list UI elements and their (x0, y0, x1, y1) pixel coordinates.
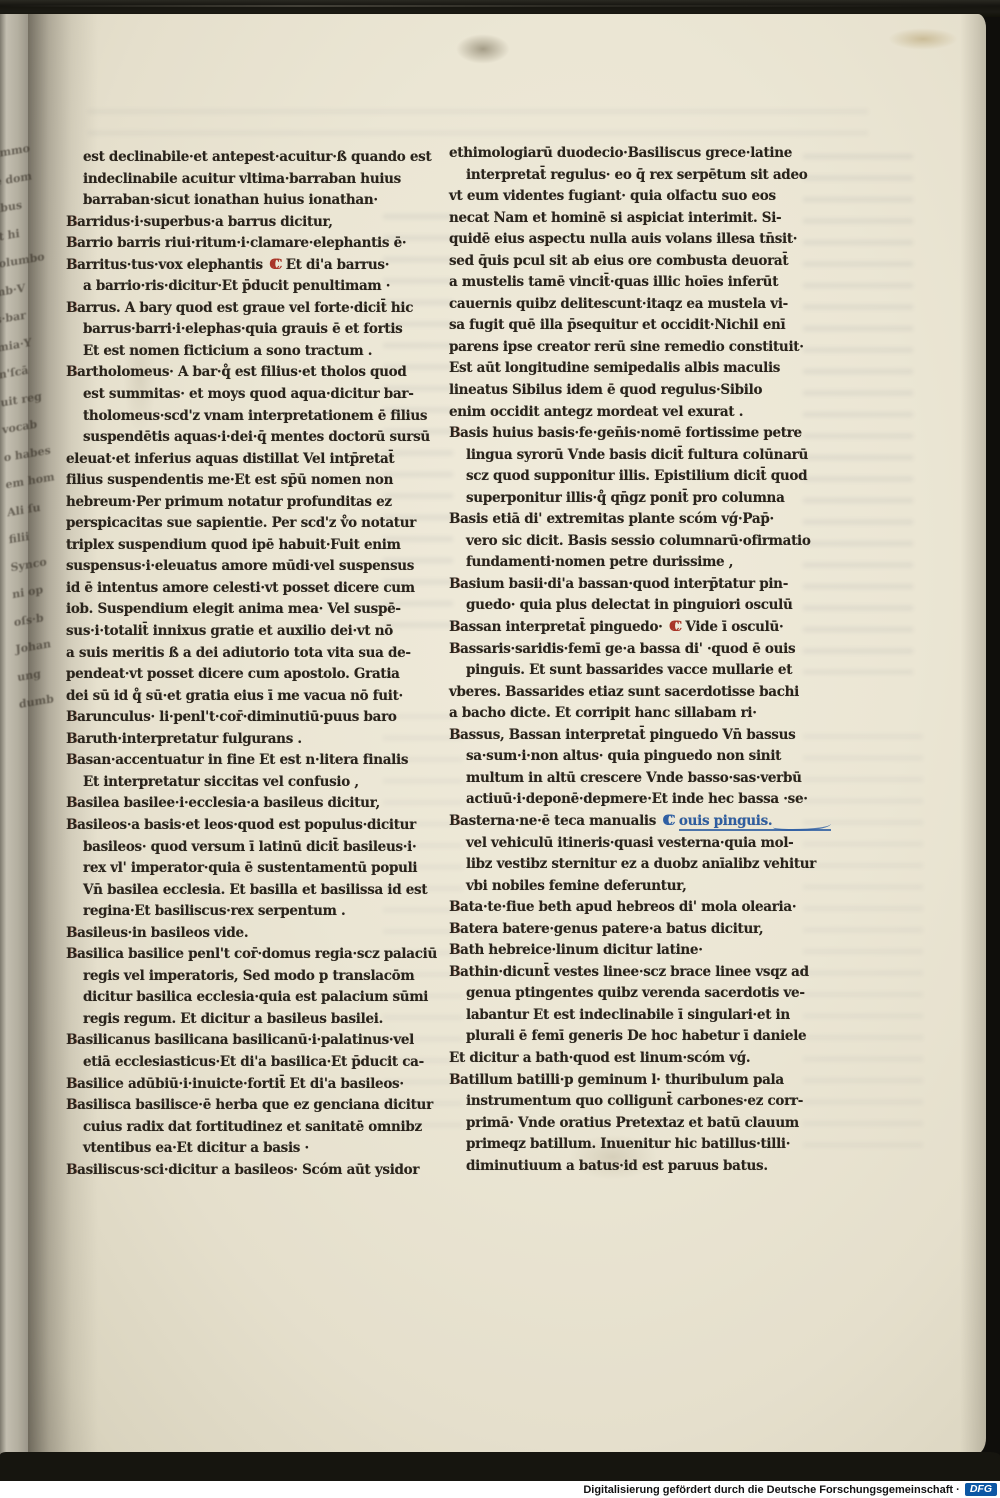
text-line: barrus·barri·i·elephas·quia grauis ē et … (66, 319, 438, 341)
lemma-entry-line: Bassaris·saridis·femī ge·a bassa di' ·qu… (449, 639, 821, 661)
text-line: basileos· quod versum ī latinū dicit̄ ba… (66, 837, 438, 859)
text-line: regis vel imperatoris, Sed modo p transl… (66, 966, 438, 988)
text-line: est declinabile·et antepest·acuitur·ß qu… (66, 147, 438, 169)
lemma-entry-line: Basilice adūbiū·i·inuicte·fortit̄ Et di'… (66, 1074, 438, 1096)
blue-underlined-gloss: ouis pinguis. (679, 813, 831, 831)
text-line: actiuū·i·deponē·depmere·Et inde hec bass… (449, 789, 821, 811)
text-line: multum in altū crescere Vnde basso·sas·v… (449, 768, 821, 790)
lemma-entry-line: Batera batere·genus patere·a batus dicit… (449, 919, 821, 941)
text-line: suspendētis aquas·i·dei·q̄ mentes doctor… (66, 427, 438, 449)
lemma-entry-line: Bath hebreice·linum dicitur latine· (449, 940, 821, 962)
text-line: pinguis. Et sunt bassarides vacce mullar… (449, 660, 821, 682)
text-line: dei sū id q̊ sū·et gratia eius ī me vacu… (66, 686, 438, 708)
ink-stain (456, 34, 510, 64)
lemma-entry-line: Basiliscus·sci·dicitur a basileos· Scóm … (66, 1160, 438, 1182)
text-segment: Vide ī osculū· (685, 619, 783, 635)
lemma-entry-line: Bassan interpretat̄ pinguedo· CVide ī os… (449, 617, 821, 639)
text-line: diminutiuum a batus·id est paruus batus. (449, 1156, 821, 1178)
text-line: etiā ecclesiasticus·Et di'a basilica·Et … (66, 1052, 438, 1074)
text-line: hebreum·Per primum notatur profunditas e… (66, 492, 438, 514)
text-line: quidē eius aspectu nulla auis volans ill… (449, 229, 821, 251)
text-line: Vn̄ basilea ecclesia. Et basilla et basi… (66, 880, 438, 902)
text-line: sed q̄uis pcul sit ab eius ore combusta … (449, 251, 821, 273)
text-line: genua ptingentes quibz verenda sacerdoti… (449, 983, 821, 1005)
text-line: a suis meritis ß a dei adiutorio tota vi… (66, 643, 438, 665)
text-line: filius suspendentis me·Et est sp̄ū nomen… (66, 470, 438, 492)
text-line: necat Nam et hominē si aspiciat interimi… (449, 208, 821, 230)
text-segment: Barritus·tus·vox elephantis (66, 257, 263, 273)
text-line: cauernis quibz delitescunt·itaqz ea must… (449, 294, 821, 316)
lemma-entry-line: Basileus·in basileos vide. (66, 923, 438, 945)
text-line: vero sic dicit. Basis sessio columnarū·o… (449, 531, 821, 553)
text-line: vel vehiculū itineris·quasi vesterna·qui… (449, 833, 821, 855)
text-line: enim occidit antegz mordeat vel exurat . (449, 402, 821, 424)
lemma-entry-line: Barritus·tus·vox elephantis CEt di'a bar… (66, 255, 438, 277)
text-line: primā· Vnde oratius Pretextaz et batū cl… (449, 1113, 821, 1135)
text-line: a bacho dicte. Et corripit hanc sillabam… (449, 703, 821, 725)
text-segment: Basterna·ne·ē teca manualis (449, 813, 656, 829)
text-line: pendeat·vt posset dicere cum apostolo. G… (66, 664, 438, 686)
text-line: a barrio·ris·dicitur·Et p̄ducit penultim… (66, 276, 438, 298)
text-line: Et interpretatur siccitas vel confusio , (66, 772, 438, 794)
lemma-entry-line: Bathin·dicunt̄ vestes linee·scz brace li… (449, 962, 821, 984)
lemma-entry-line: Bata·te·fiue beth apud hebreos di' mola … (449, 897, 821, 919)
text-line: regis regum. Et dicitur a basileus basil… (66, 1009, 438, 1031)
text-line: instrumentum quo colligunt̄ carbones·ez … (449, 1091, 821, 1113)
scan-bottom-edge (0, 1452, 1000, 1481)
blue-paraph-mark: C (660, 813, 678, 829)
text-line: sus·i·totalit̄ innixus gratie et auxilio… (66, 621, 438, 643)
text-line: Et est nomen ficticium a sono tractum . (66, 341, 438, 363)
ink-stain (888, 28, 958, 50)
text-line: plurali ē femī generis De hoc habetur ī … (449, 1026, 821, 1048)
text-line: barraban·sicut ionathan huius ionathan· (66, 190, 438, 212)
text-line: vberes. Bassarides etiaz sunt sacerdotis… (449, 682, 821, 704)
text-line: tholomeus·scd'z vnam interpretationem ē … (66, 406, 438, 428)
lemma-entry-line: Basileos·a basis·et leos·quod est populu… (66, 815, 438, 837)
text-line: sa·sum·i·non altus· quia pinguedo non si… (449, 746, 821, 768)
text-line: labantur Et est indeclinabile ī singular… (449, 1005, 821, 1027)
text-segment: Et di'a barrus· (286, 257, 389, 273)
digitization-credit-bar: Digitalisierung gefördert durch die Deut… (0, 1481, 1000, 1498)
text-line: suspensus·i·eleuatus amore mūdi·vel susp… (66, 556, 438, 578)
text-column-right: ethimologiarū duodecio·Basiliscus grece·… (449, 143, 821, 1177)
text-line: lingua syrorū Vnde basis dicit̄ fultura … (449, 445, 821, 467)
lemma-entry-line: Basterna·ne·ē teca manualis Couis pingui… (449, 811, 821, 833)
text-line: id ē intentus amore celesti·vt posset di… (66, 578, 438, 600)
bleedthrough-smudge (803, 734, 923, 1164)
lemma-entry-line: Bartholomeus· A bar·q̊ est filius·et tho… (66, 362, 438, 384)
lemma-entry-line: Baruth·interpretatur fulgurans . (66, 729, 438, 751)
lemma-entry-line: Basilica basilice penl't cor̄·domus regi… (66, 944, 438, 966)
text-line: guedo· quia plus delectat in pinguiori o… (449, 595, 821, 617)
text-line: interpretat̄ regulus· eo q̄ rex serpētum… (449, 165, 821, 187)
lemma-entry-line: Bassus, Bassan interpretat̄ pinguedo Vn̄… (449, 725, 821, 747)
lemma-entry-line: Barridus·i·superbus·a barrus dicitur, (66, 212, 438, 234)
text-line: a mustelis tamē vincit̄·quas illic hoīes… (449, 272, 821, 294)
lemma-entry-line: Barrio barris riui·ritum·i·clamare·eleph… (66, 233, 438, 255)
lemma-entry-line: Basium basii·di'a bassan·quod interp̄tat… (449, 574, 821, 596)
text-line: dicitur basilica ecclesia·quia est palac… (66, 987, 438, 1009)
text-line: triplex suspendium quod ipē habuit·Fuit … (66, 535, 438, 557)
bleedthrough-smudge (88, 109, 868, 137)
text-line: superponitur illis·q̊ qn̄gz ponit̄ pro c… (449, 488, 821, 510)
text-line: vtentibus ea·Et dicitur a basis · (66, 1138, 438, 1160)
text-line: primeqz batillum. Inuenitur hic batillus… (449, 1134, 821, 1156)
text-line: perspicacitas sue sapientie. Per scd'z v… (66, 513, 438, 535)
text-line: regina·Et basiliscus·rex serpentum . (66, 901, 438, 923)
lemma-entry-line: Basilisca basilisce·ē herba que ez genci… (66, 1095, 438, 1117)
red-paraph-mark: C (667, 619, 685, 635)
lemma-entry-line: Barunculus· li·penl't·cor̄·diminutiū·puu… (66, 707, 438, 729)
text-line: Et dicitur a bath·quod est linum·scóm vǵ… (449, 1048, 821, 1070)
text-line: lineatus Sibilus idem ē quod regulus·Sib… (449, 380, 821, 402)
credit-text: Digitalisierung gefördert durch die Deut… (583, 1484, 960, 1496)
text-line: vbi nobiles femine deferuntur, (449, 876, 821, 898)
lemma-entry-line: Basilicanus basilicana basilicanū·i·pala… (66, 1030, 438, 1052)
text-segment: Bassan interpretat̄ pinguedo· (449, 619, 663, 635)
lemma-entry-line: Basis huius basis·fe·gen̄is·nomē fortiss… (449, 423, 821, 445)
text-column-left: est declinabile·et antepest·acuitur·ß qu… (66, 147, 438, 1181)
text-line: iob. Suspendium elegit anima mea· Vel su… (66, 599, 438, 621)
text-line: Basis etiā di' extremitas plante scóm vǵ… (449, 509, 821, 531)
dfg-logo: DFG (965, 1483, 997, 1496)
text-line: sa fugit quē illa p̄sequitur et occidit·… (449, 315, 821, 337)
text-line: libz vestibz sternitur ez a duobz anīali… (449, 854, 821, 876)
spine-text-fragment: dumb (18, 684, 61, 718)
text-line: cuius radix dat fortitudinez et sanitatē… (66, 1117, 438, 1139)
text-line: eleuat·et inferius aquas distillat Vel i… (66, 449, 438, 471)
red-paraph-mark: C (267, 257, 285, 273)
text-line: ethimologiarū duodecio·Basiliscus grece·… (449, 143, 821, 165)
text-line: indeclinabile acuitur vltima·barraban hu… (66, 169, 438, 191)
text-line: rex vl' imperator·quia ē sustentamentū p… (66, 858, 438, 880)
lemma-entry-line: Barrus. A bary quod est graue vel forte·… (66, 298, 438, 320)
lemma-entry-line: Batillum batilli·p geminum l· thuribulum… (449, 1070, 821, 1092)
lemma-entry-line: Basilea basilee·i·ecclesia·a basileus di… (66, 793, 438, 815)
lemma-entry-line: Basan·accentuatur in fine Et est n·liter… (66, 750, 438, 772)
text-line: Est aūt longitudine semipedalis albis ma… (449, 358, 821, 380)
text-line: est summitas· et moys quod aqua·dicitur … (66, 384, 438, 406)
text-line: scz quod supponitur illis. Epistilium di… (449, 466, 821, 488)
text-line: vt eum videntes fugiant· quia olfactu su… (449, 186, 821, 208)
text-line: parens ipse creator rerū sine remedio co… (449, 337, 821, 359)
text-line: fundamenti·nomen petre durissime , (449, 552, 821, 574)
